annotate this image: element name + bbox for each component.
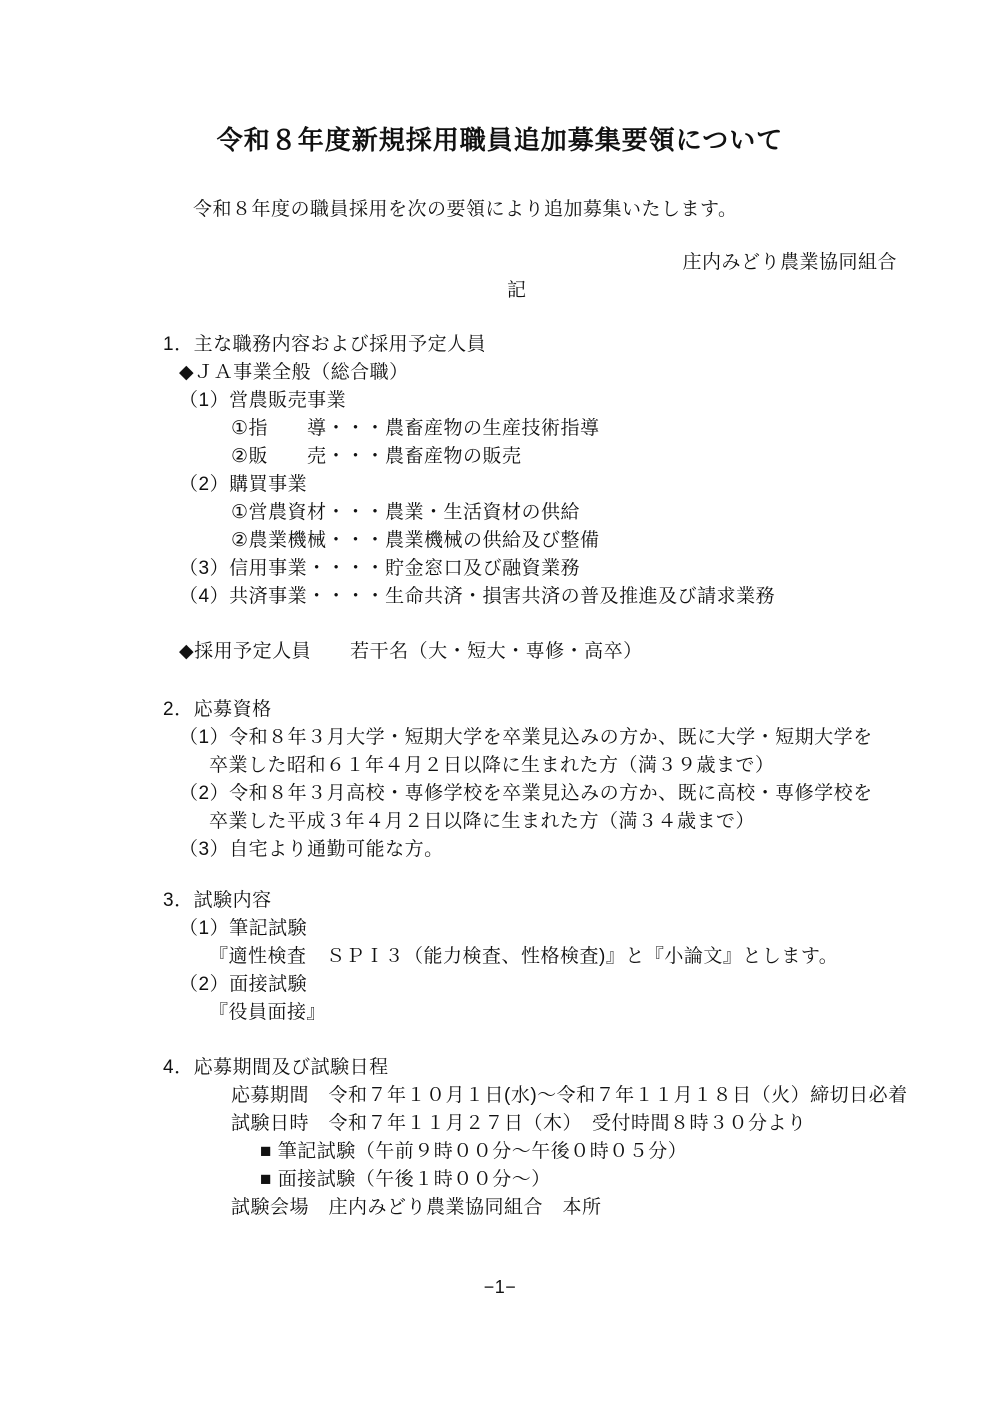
section4-application-period: 応募期間 令和７年１０月１日(水)～令和７年１１月１８日（火）締切日必着	[231, 1082, 908, 1110]
document-page: 令和８年度新規採用職員追加募集要領について 令和８年度の職員採用を次の要領により…	[0, 0, 1000, 1414]
section2-item1-line2: 卒業した昭和６１年４月２日以降に生まれた方（満３９歳まで）	[209, 752, 775, 780]
section2-item2-line1: （2）令和８年３月高校・専修学校を卒業見込みの方か、既に高校・専修学校を	[179, 780, 873, 808]
section1-item2-sub2: ②農業機械・・・農業機械の供給及び整備	[231, 527, 600, 555]
section2-item3: （3）自宅より通勤可能な方。	[179, 836, 444, 864]
section1-job-category: ◆ＪＡ事業全般（総合職）	[179, 359, 409, 387]
section4-exam-venue: 試験会場 庄内みどり農業協同組合 本所	[231, 1194, 602, 1222]
section1-item1: （1）営農販売事業	[179, 387, 346, 415]
section4-exam-datetime: 試験日時 令和７年１１月２７日（木） 受付時間８時３０分より	[231, 1110, 807, 1138]
section4-written-exam: ■ 筆記試験（午前９時００分～午後０時０５分）	[260, 1138, 687, 1166]
section3-item1-detail: 『適性検査 ＳＰＩ３（能力検査、性格検査)』と『小論文』とします。	[209, 943, 838, 971]
section2-heading: 2．応募資格	[163, 696, 272, 724]
intro-text: 令和８年度の職員採用を次の要領により追加募集いたします。	[193, 196, 737, 224]
note-marker: 記	[507, 277, 527, 305]
page-title: 令和８年度新規採用職員追加募集要領について	[0, 122, 1000, 158]
page-number: −1−	[0, 1273, 1000, 1301]
section4-heading: 4．応募期間及び試験日程	[163, 1054, 389, 1082]
section1-item3: （3）信用事業・・・・貯金窓口及び融資業務	[179, 555, 580, 583]
section1-planned-hires: ◆採用予定人員 若干名（大・短大・専修・高卒）	[179, 638, 643, 666]
section3-item1: （1）筆記試験	[179, 915, 307, 943]
section1-item2-sub1: ①営農資材・・・農業・生活資材の供給	[231, 499, 580, 527]
section3-heading: 3．試験内容	[163, 887, 272, 915]
section3-item2: （2）面接試験	[179, 971, 307, 999]
section1-item1-sub2: ②販 売・・・農畜産物の販売	[231, 443, 522, 471]
section3-item2-detail: 『役員面接』	[209, 999, 326, 1027]
section1-item2: （2）購買事業	[179, 471, 307, 499]
section2-item1-line1: （1）令和８年３月大学・短期大学を卒業見込みの方か、既に大学・短期大学を	[179, 724, 873, 752]
section1-item4: （4）共済事業・・・・生命共済・損害共済の普及推進及び請求業務	[179, 583, 775, 611]
section1-heading: 1．主な職務内容および採用予定人員	[163, 331, 486, 359]
organization-name: 庄内みどり農業協同組合	[682, 249, 897, 277]
section4-interview-exam: ■ 面接試験（午後１時００分～）	[260, 1166, 551, 1194]
section1-item1-sub1: ①指 導・・・農畜産物の生産技術指導	[231, 415, 600, 443]
section2-item2-line2: 卒業した平成３年４月２日以降に生まれた方（満３４歳まで）	[209, 808, 755, 836]
